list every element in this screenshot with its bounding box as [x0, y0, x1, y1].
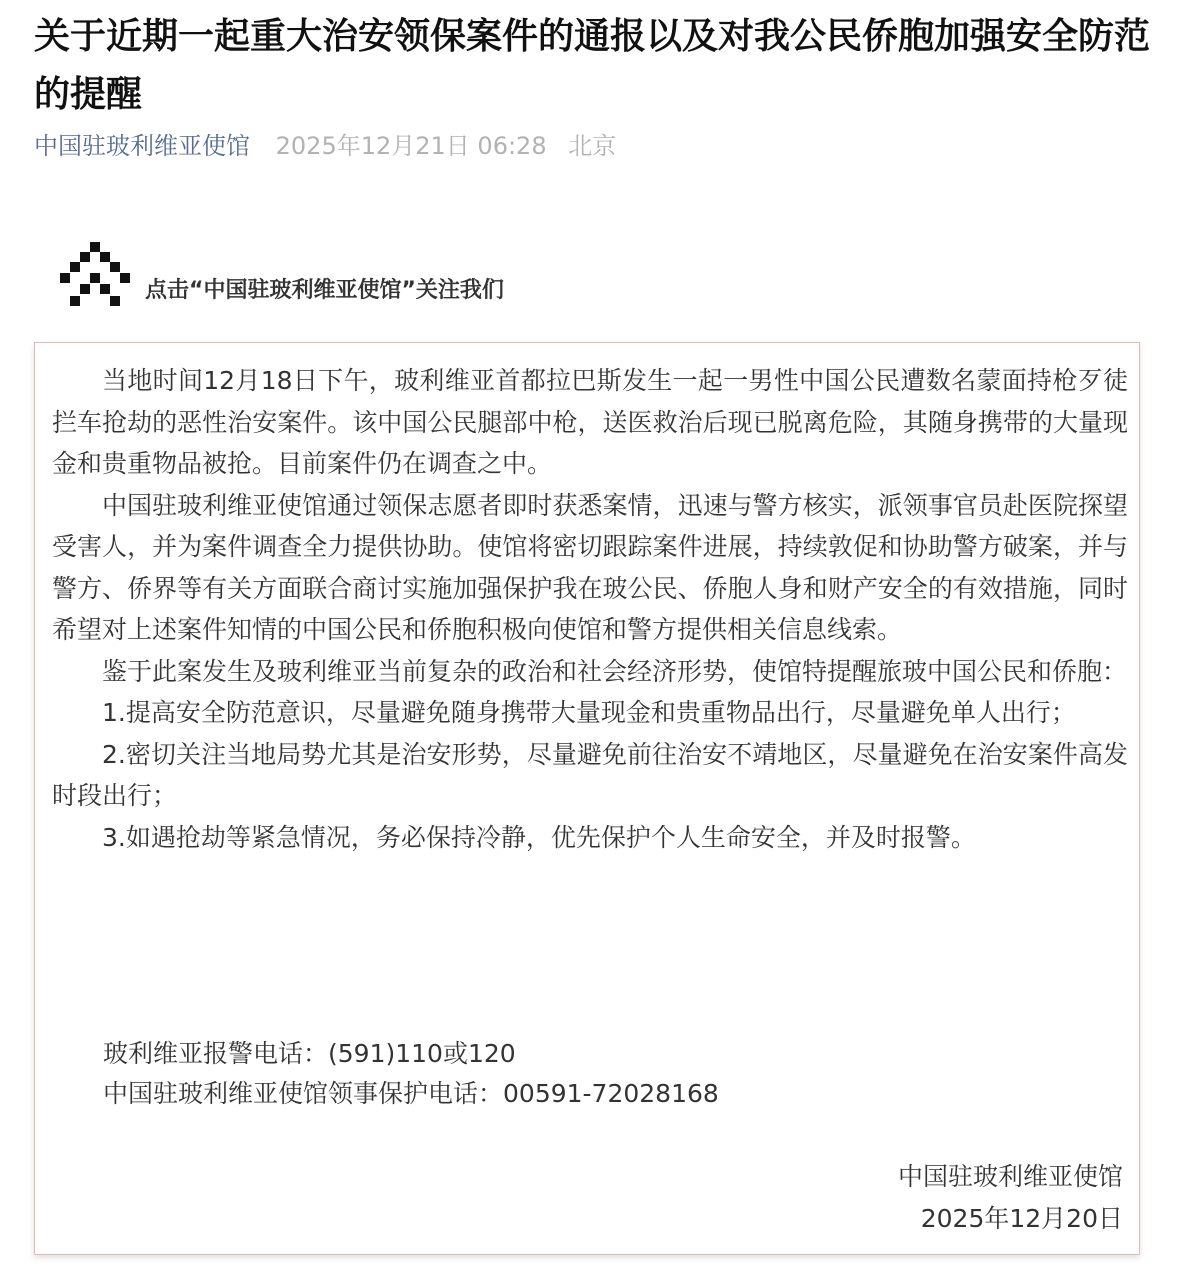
paragraph-reminder-intro: 鉴于此案发生及玻利维亚当前复杂的政治和社会经济形势，使馆特提醒旅玻中国公民和侨胞… — [52, 651, 1128, 693]
author-link[interactable]: 中国驻玻利维亚使馆 — [34, 132, 250, 160]
follow-text: 点击“中国驻玻利维亚使馆”关注我们 — [145, 276, 504, 306]
pixel-arrow-up-icon — [50, 242, 130, 312]
signature-org: 中国驻玻利维亚使馆 — [898, 1156, 1123, 1198]
follow-banner[interactable]: 点击“中国驻玻利维亚使馆”关注我们 — [50, 242, 650, 312]
police-phone: 玻利维亚报警电话：(591)110或120 — [103, 1034, 719, 1074]
signature: 中国驻玻利维亚使馆 2025年12月20日 — [898, 1156, 1123, 1240]
signature-date: 2025年12月20日 — [898, 1198, 1123, 1240]
notice-content-box: 当地时间12月18日下午，玻利维亚首都拉巴斯发生一起一男性中国公民遭数名蒙面持枪… — [34, 342, 1140, 1255]
reminder-item-2: 2.密切关注当地局势尤其是治安形势，尽量避免前往治安不靖地区，尽量避免在治安案件… — [52, 734, 1128, 817]
emergency-contacts: 玻利维亚报警电话：(591)110或120 中国驻玻利维亚使馆领事保护电话：00… — [103, 1034, 719, 1114]
paragraph-incident: 当地时间12月18日下午，玻利维亚首都拉巴斯发生一起一男性中国公民遭数名蒙面持枪… — [52, 360, 1128, 485]
publish-date: 2025年12月21日 06:28 — [276, 132, 547, 160]
article-meta: 中国驻玻利维亚使馆 2025年12月21日 06:28 北京 — [34, 128, 616, 164]
paragraph-embassy-response: 中国驻玻利维亚使馆通过领保志愿者即时获悉案情，迅速与警方核实，派领事官员赴医院探… — [52, 485, 1128, 651]
consular-phone: 中国驻玻利维亚使馆领事保护电话：00591-72028168 — [103, 1074, 719, 1114]
reminder-item-1: 1.提高安全防范意识，尽量避免随身携带大量现金和贵重物品出行，尽量避免单人出行； — [52, 692, 1128, 734]
notice-body: 当地时间12月18日下午，玻利维亚首都拉巴斯发生一起一男性中国公民遭数名蒙面持枪… — [52, 360, 1128, 858]
reminder-item-3: 3.如遇抢劫等紧急情况，务必保持冷静，优先保护个人生命安全，并及时报警。 — [52, 817, 1128, 859]
article-title: 关于近期一起重大治安领保案件的通报以及对我公民侨胞加强安全防范的提醒 — [34, 8, 1164, 124]
publish-location: 北京 — [568, 132, 616, 160]
